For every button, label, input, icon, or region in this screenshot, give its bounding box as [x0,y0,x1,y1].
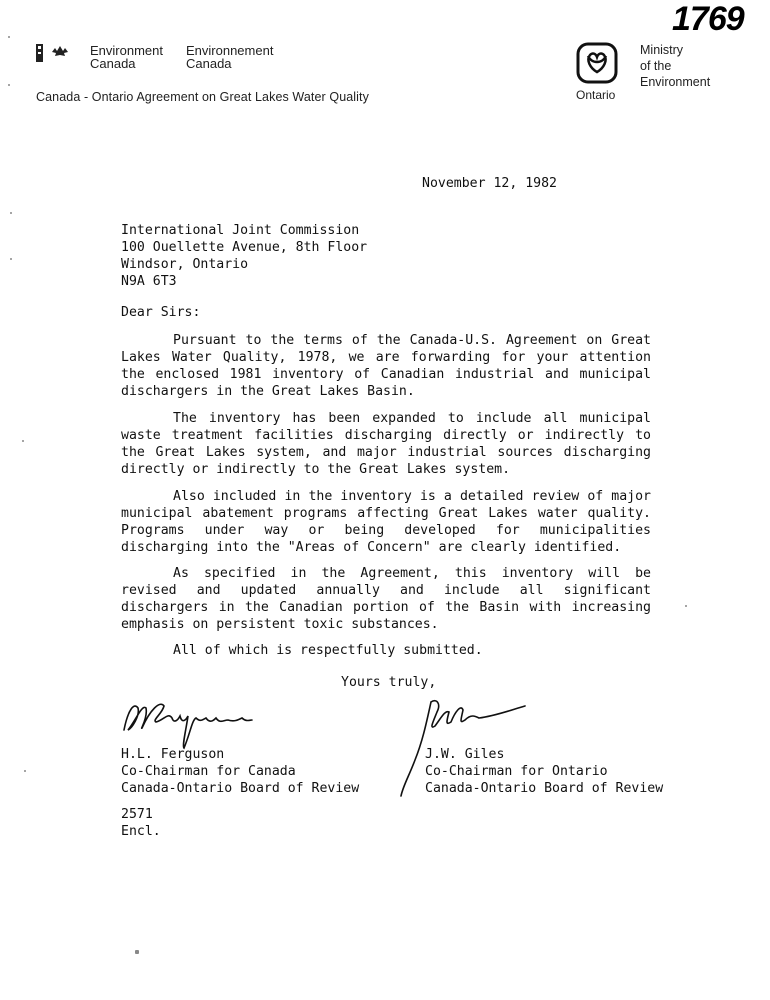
scan-speck [8,84,10,86]
closing: Yours truly, [341,674,436,691]
ec-french-line-2: Canada [186,57,273,70]
scan-speck [685,605,687,607]
ministry-line-2: of the [640,58,710,74]
recipient-line: Windsor, Ontario [121,256,367,273]
paragraph-text: As specified in the Agreement, this inve… [121,566,651,632]
recipient-line: N9A 6T3 [121,273,367,290]
canada-flag-icon [36,42,74,64]
recipient-line: 100 Ouellette Avenue, 8th Floor [121,239,367,256]
reference-code: 2571 [121,806,161,823]
ec-english-line-2: Canada [90,57,163,70]
scan-speck [135,950,139,954]
scan-speck [22,440,24,442]
signatory-title: Co-Chairman for Canada [121,763,359,780]
paragraph-text: Pursuant to the terms of the Canada-U.S.… [121,333,651,399]
letter-date: November 12, 1982 [422,175,557,192]
signatory-name: J.W. Giles [425,746,663,763]
scan-speck [10,212,12,214]
scan-speck [24,770,26,772]
signatory-board: Canada-Ontario Board of Review [425,780,663,797]
signatory-ferguson: H.L. Ferguson Co-Chairman for Canada Can… [121,746,359,797]
paragraph-text: All of which is respectfully submitted. [173,643,483,658]
ontario-trillium-icon [576,42,618,84]
reference-and-enclosure: 2571 Encl. [121,806,161,840]
paragraph-text: Also included in the inventory is a deta… [121,489,651,555]
signatory-board: Canada-Ontario Board of Review [121,780,359,797]
environment-canada-english: Environment Canada [90,44,163,70]
salutation: Dear Sirs: [121,304,200,321]
paragraph-1: Pursuant to the terms of the Canada-U.S.… [121,332,651,400]
ministry-line-3: Environment [640,74,710,90]
ontario-label: Ontario [576,88,615,102]
agreement-title: Canada - Ontario Agreement on Great Lake… [36,90,369,104]
signatory-name: H.L. Ferguson [121,746,359,763]
paragraph-text: The inventory has been expanded to inclu… [121,411,651,477]
ministry-line-1: Ministry [640,42,710,58]
paragraph-4: As specified in the Agreement, this inve… [121,565,651,633]
recipient-line: International Joint Commission [121,222,367,239]
environment-canada-french: Environnement Canada [186,44,273,70]
paragraph-3: Also included in the inventory is a deta… [121,488,651,556]
paragraph-2: The inventory has been expanded to inclu… [121,410,651,478]
signatory-title: Co-Chairman for Ontario [425,763,663,780]
handwritten-reference-number: 1769 [672,0,744,39]
paragraph-5: All of which is respectfully submitted. [121,642,483,659]
handwritten-signature-ferguson-icon [116,690,286,750]
scan-speck [8,36,10,38]
scan-speck [10,258,12,260]
signatory-giles: J.W. Giles Co-Chairman for Ontario Canad… [425,746,663,797]
enclosure-note: Encl. [121,823,161,840]
recipient-address: International Joint Commission 100 Ouell… [121,222,367,290]
ministry-of-environment: Ministry of the Environment [640,42,710,90]
